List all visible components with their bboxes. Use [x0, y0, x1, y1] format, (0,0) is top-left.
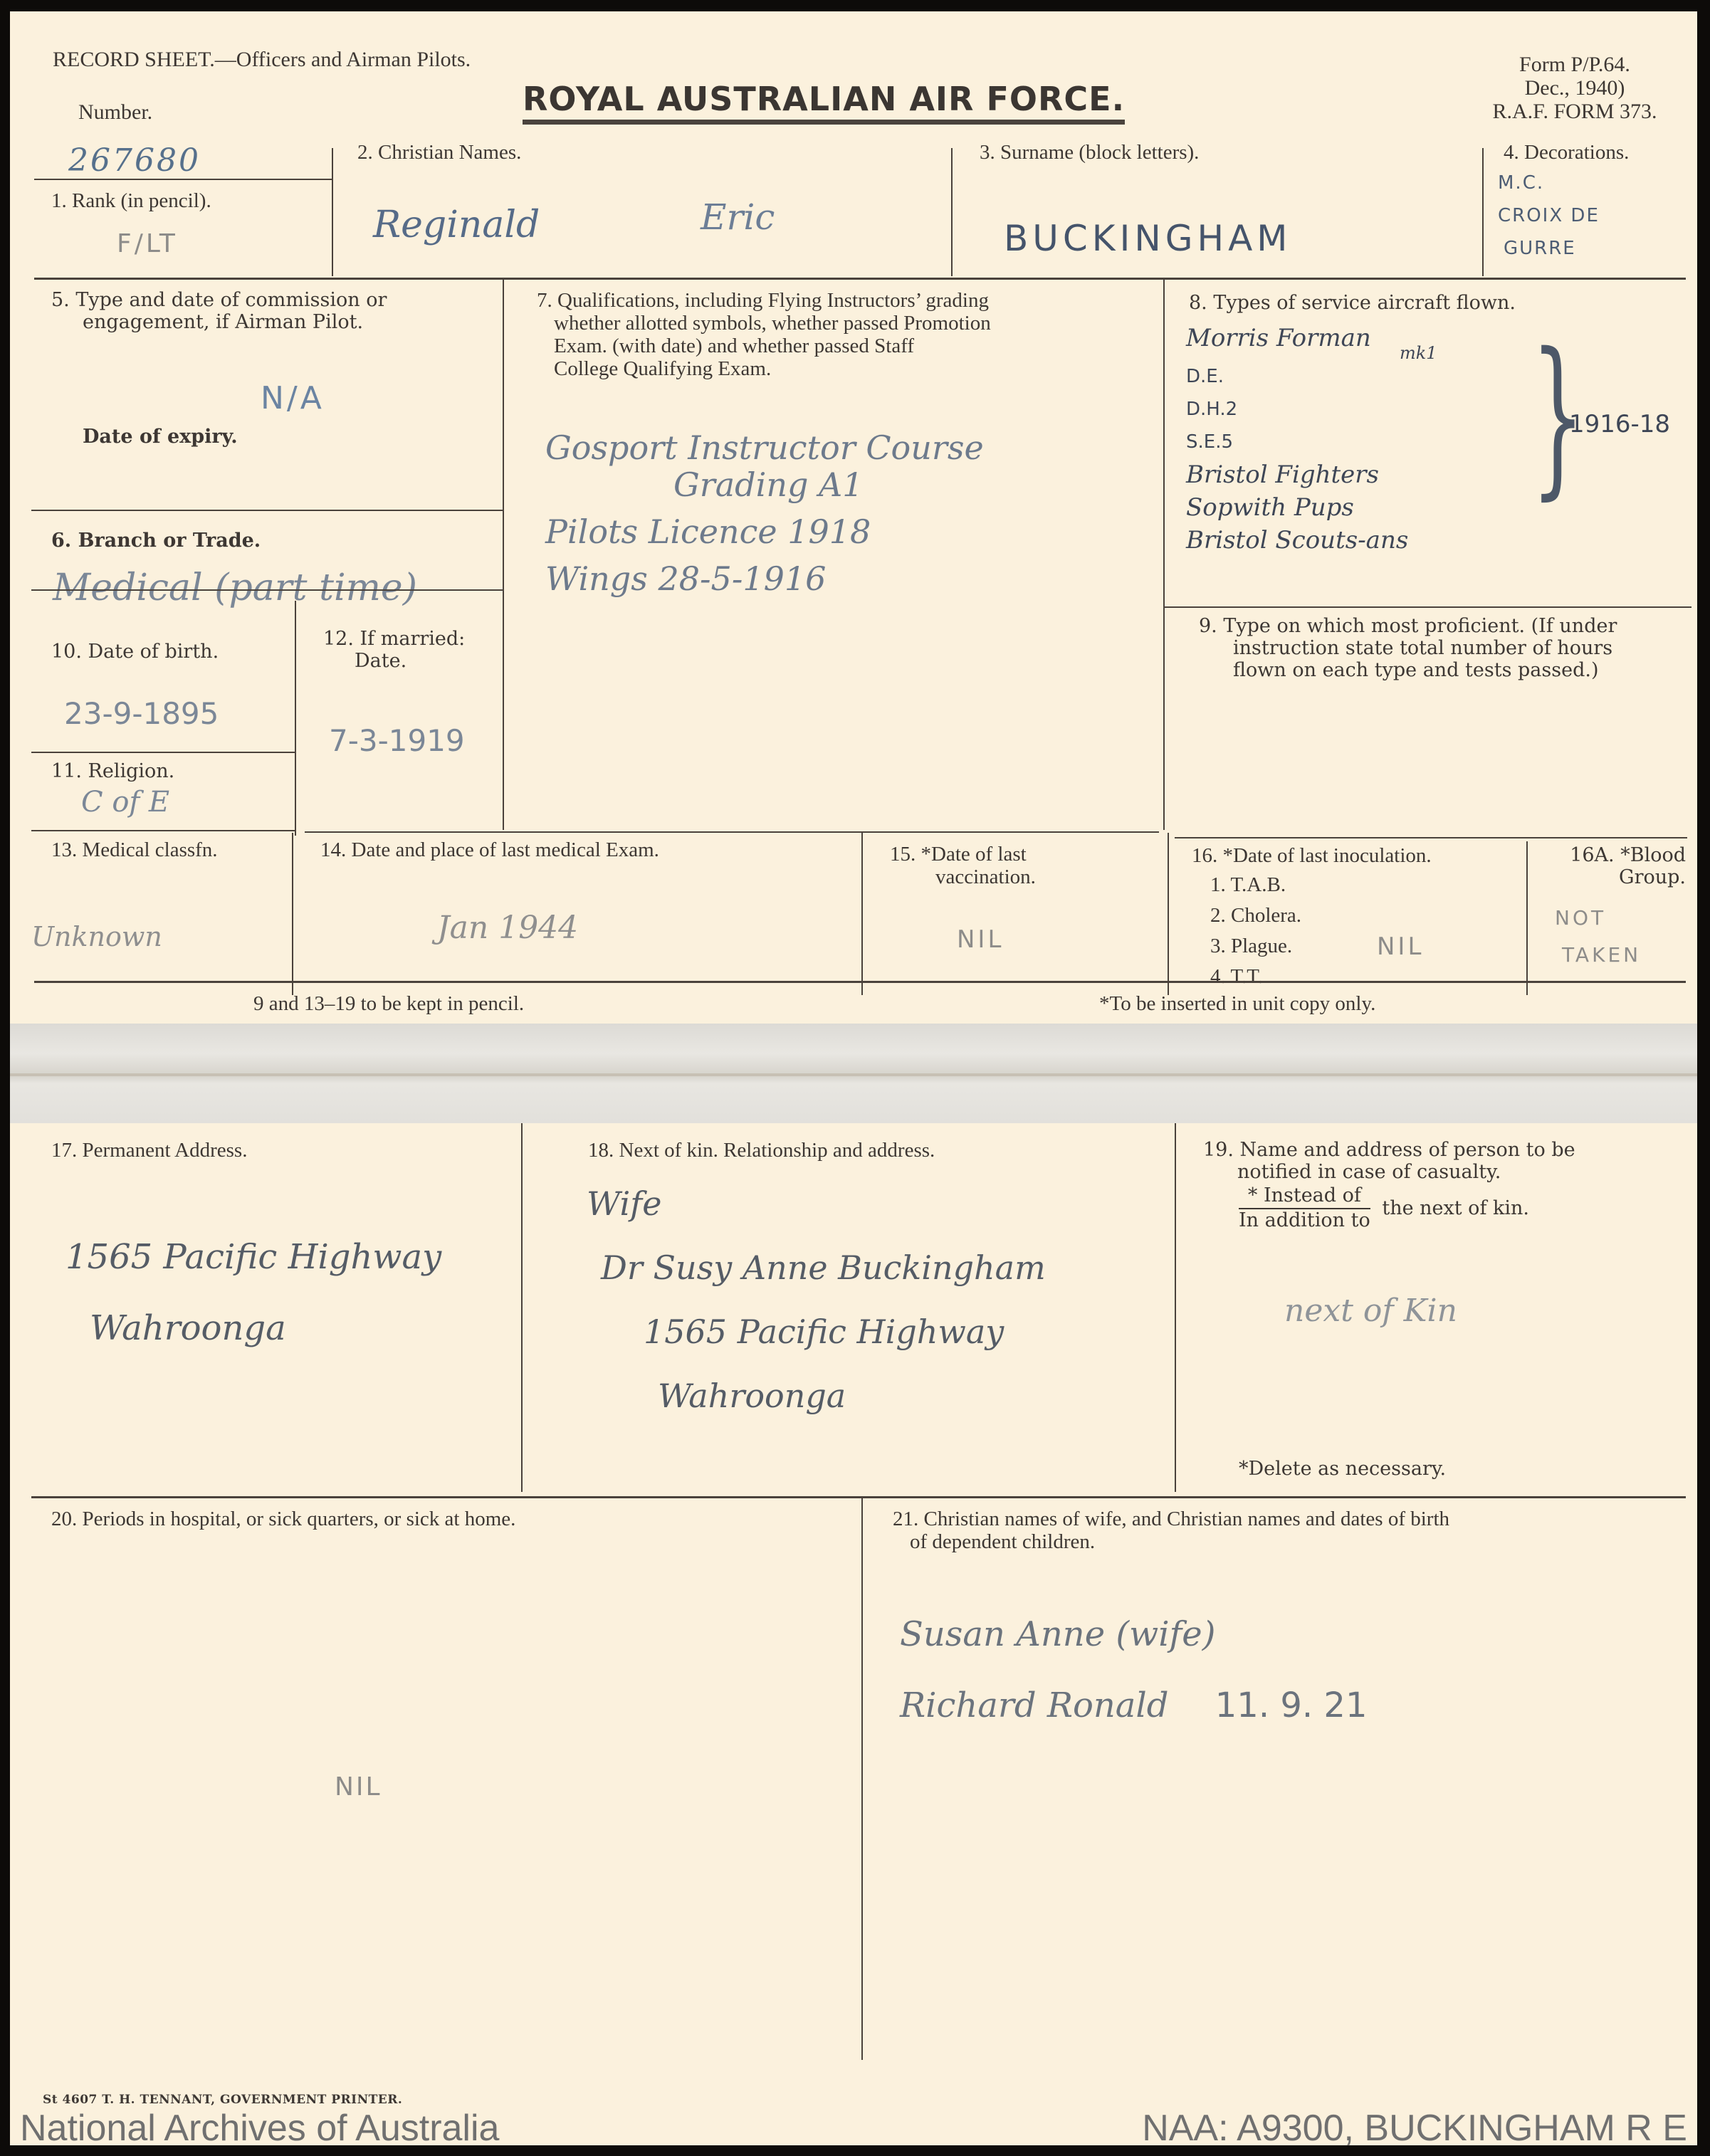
next-of-kin-text: the next of kin. [1382, 1197, 1529, 1219]
religion-value[interactable]: C of E [81, 786, 169, 819]
label-line: Group. [1548, 866, 1686, 888]
dependents-value[interactable]: Susan Anne (wife) Richard Ronald 11. 9. … [900, 1599, 1367, 1741]
qualifications-list[interactable]: Gosport Instructor Course Grading A1 Pil… [545, 424, 984, 602]
qualifications-label: 7. Qualifications, including Flying Inst… [537, 289, 1149, 380]
vaccination-label: 15. *Date of last vaccination. [890, 843, 1036, 888]
address-line: Wahroonga [65, 1293, 441, 1364]
aircraft-label: 8. Types of service aircraft flown. [1189, 292, 1516, 314]
next-of-kin-label: 18. Next of kin. Relationship and addres… [588, 1139, 935, 1162]
nok-address-line: 1565 Pacific Highway [587, 1300, 1046, 1364]
surname-value[interactable]: BUCKINGHAM [1004, 218, 1291, 259]
rank-label: 1. Rank (in pencil). [51, 189, 211, 212]
next-of-kin-value[interactable]: Wife Dr Susy Anne Buckingham 1565 Pacifi… [587, 1172, 1046, 1428]
label-line: flown on each type and tests passed.) [1199, 659, 1676, 681]
printer-imprint: St 4607 T. H. TENNANT, GOVERNMENT PRINTE… [43, 2093, 402, 2107]
instead-of-option[interactable]: * Instead of [1239, 1184, 1370, 1209]
christian-name-2[interactable]: Eric [701, 196, 775, 238]
decoration-item: CROIX DE [1498, 199, 1600, 232]
divider [31, 752, 295, 753]
inoculation-label: 16. *Date of last inoculation. [1192, 844, 1432, 867]
vaccination-value[interactable]: NIL [957, 925, 1004, 954]
label-line: 15. *Date of last [890, 843, 1036, 866]
divider [31, 1496, 1686, 1498]
divider [1175, 837, 1687, 838]
label-line: engagement, if Airman Pilot. [51, 311, 387, 333]
divider [31, 510, 503, 511]
archive-watermark: National Archives of Australia [20, 2107, 499, 2150]
christian-name-1[interactable]: Reginald [373, 204, 540, 246]
divider [295, 601, 296, 836]
aircraft-item: Sopwith Pups [1186, 491, 1437, 524]
divider [1526, 841, 1528, 995]
label-line: 7. Qualifications, including Flying Inst… [537, 289, 1149, 312]
form-code: Form P/P.64. Dec., 1940) R.A.F. FORM 373… [1482, 53, 1667, 123]
medical-exam-value[interactable]: Jan 1944 [437, 910, 578, 946]
divider [1163, 278, 1165, 830]
hospital-label: 20. Periods in hospital, or sick quarter… [51, 1508, 515, 1530]
married-label: 12. If married: Date. [323, 628, 465, 672]
nok-relationship: Wife [587, 1172, 1046, 1236]
married-value[interactable]: 7-3-1919 [329, 723, 465, 758]
form-code-line: Dec., 1940) [1482, 76, 1667, 100]
address-label: 17. Permanent Address. [51, 1139, 247, 1162]
decorations-list[interactable]: M.C. CROIX DE GURRE [1498, 167, 1600, 265]
expiry-label: Date of expiry. [83, 426, 238, 448]
divider [521, 1123, 523, 1492]
notify-choice[interactable]: * Instead of In addition to the next of … [1239, 1184, 1529, 1231]
divider [503, 278, 504, 830]
decoration-item: M.C. [1498, 167, 1600, 199]
divider [332, 148, 333, 276]
label-line: whether allotted symbols, whether passed… [537, 312, 1149, 335]
dependent-item: Susan Anne (wife) [900, 1599, 1367, 1670]
aircraft-list[interactable]: Morris Forman mk1 D.E. D.H.2 S.E.5 Brist… [1186, 322, 1437, 557]
divider [34, 981, 1686, 983]
pencil-note: 9 and 13–19 to be kept in pencil. [253, 992, 524, 1015]
aircraft-item: D.H.2 [1186, 393, 1437, 426]
label-line: 9. Type on which most proficient. (If un… [1199, 615, 1676, 637]
branch-label: 6. Branch or Trade. [51, 530, 261, 552]
divider [861, 1498, 863, 2060]
inoculation-item: 4. T.T. [1210, 962, 1301, 992]
aircraft-item: D.E. [1186, 360, 1437, 393]
aircraft-item: Bristol Scouts-ans [1186, 524, 1437, 557]
notify-value[interactable]: next of Kin [1284, 1293, 1457, 1329]
value-line: NOT [1555, 900, 1641, 937]
hospital-value[interactable]: NIL [335, 1772, 382, 1802]
page-title: ROYAL AUSTRALIAN AIR FORCE. [523, 80, 1125, 125]
christian-names-label: 2. Christian Names. [357, 141, 521, 164]
dob-label: 10. Date of birth. [51, 641, 219, 663]
label-line: vaccination. [890, 866, 1036, 888]
divider [1482, 148, 1484, 276]
proficient-label: 9. Type on which most proficient. (If un… [1199, 615, 1676, 681]
aircraft-item: S.E.5 [1186, 426, 1437, 458]
unit-copy-note: *To be inserted in unit copy only. [1099, 992, 1375, 1015]
reference-watermark: NAA: A9300, BUCKINGHAM R E [1142, 2107, 1687, 2150]
medical-class-value[interactable]: Unknown [31, 921, 162, 952]
inoculation-value[interactable]: NIL [1377, 932, 1424, 961]
decoration-item: GURRE [1498, 232, 1600, 265]
nok-name: Dr Susy Anne Buckingham [587, 1236, 1046, 1300]
address-line: 1565 Pacific Highway [65, 1221, 441, 1293]
medical-class-label: 13. Medical classfn. [51, 838, 218, 861]
blood-group-value[interactable]: NOT TAKEN [1555, 900, 1641, 974]
divider [1168, 833, 1169, 995]
rank-value[interactable]: F/LT [117, 229, 178, 258]
label-line: instruction state total number of hours [1199, 637, 1676, 659]
in-addition-to-option[interactable]: In addition to [1239, 1209, 1370, 1231]
notify-label: 19. Name and address of person to be not… [1203, 1139, 1575, 1183]
label-line: Exam. (with date) and whether passed Sta… [537, 335, 1149, 357]
label-line: 21. Christian names of wife, and Christi… [893, 1508, 1449, 1530]
surname-label: 3. Surname (block letters). [980, 141, 1199, 164]
service-number[interactable]: 267680 [68, 142, 201, 179]
dependent-dob: 11. 9. 21 [1215, 1686, 1368, 1725]
divider [951, 148, 953, 276]
label-line: of dependent children. [893, 1530, 1449, 1553]
value-line: TAKEN [1555, 937, 1641, 974]
aircraft-item: Bristol Fighters [1186, 458, 1437, 491]
qualification-item: Pilots Licence 1918 [545, 508, 984, 555]
divider [34, 179, 332, 180]
blood-group-label: 16A. *Blood Group. [1548, 844, 1686, 888]
divider [305, 831, 1159, 833]
divider [292, 833, 293, 995]
record-sheet-heading: RECORD SHEET.—Officers and Airman Pilots… [53, 48, 471, 71]
qualification-item: Wings 28-5-1916 [545, 555, 984, 602]
inoculation-item: 2. Cholera. [1210, 900, 1301, 931]
dob-value[interactable]: 23-9-1895 [64, 696, 219, 731]
label-line: 19. Name and address of person to be [1203, 1139, 1575, 1161]
label-line: notified in case of casualty. [1203, 1161, 1575, 1183]
dependents-label: 21. Christian names of wife, and Christi… [893, 1508, 1449, 1553]
religion-label: 11. Religion. [51, 760, 174, 782]
form-code-line: Form P/P.64. [1482, 53, 1667, 76]
divider [31, 589, 503, 591]
inoculation-item: 3. Plague. [1210, 931, 1301, 962]
divider [31, 830, 296, 831]
divider [1175, 1123, 1176, 1492]
divider [861, 833, 863, 995]
dependent-item: Richard Ronald [900, 1686, 1168, 1725]
divider [34, 278, 1686, 280]
medical-exam-label: 14. Date and place of last medical Exam. [320, 838, 659, 861]
label-line: 12. If married: [323, 628, 465, 650]
inoculation-list: 1. T.A.B. 2. Cholera. 3. Plague. 4. T.T. [1210, 870, 1301, 992]
address-value[interactable]: 1565 Pacific Highway Wahroonga [65, 1221, 441, 1364]
decorations-label: 4. Decorations. [1504, 141, 1629, 164]
commission-label: 5. Type and date of commission or engage… [51, 289, 387, 333]
delete-note: *Delete as necessary. [1239, 1458, 1446, 1480]
label-line: College Qualifying Exam. [537, 357, 1149, 380]
label-line: 16A. *Blood [1548, 844, 1686, 866]
branch-value[interactable]: Medical (part time) [53, 567, 417, 609]
label-line: Date. [323, 650, 465, 672]
form-code-line: R.A.F. FORM 373. [1482, 100, 1667, 123]
commission-value[interactable]: N/A [261, 380, 325, 416]
aircraft-period[interactable]: 1916-18 [1569, 410, 1670, 438]
inoculation-item: 1. T.A.B. [1210, 870, 1301, 900]
binding-tape [10, 1024, 1697, 1123]
label-line: 5. Type and date of commission or [51, 289, 387, 311]
record-sheet: RECORD SHEET.—Officers and Airman Pilots… [10, 11, 1697, 2145]
divider [1165, 606, 1691, 608]
nok-address-line: Wahroonga [587, 1364, 1046, 1428]
number-label: Number. [78, 101, 152, 124]
